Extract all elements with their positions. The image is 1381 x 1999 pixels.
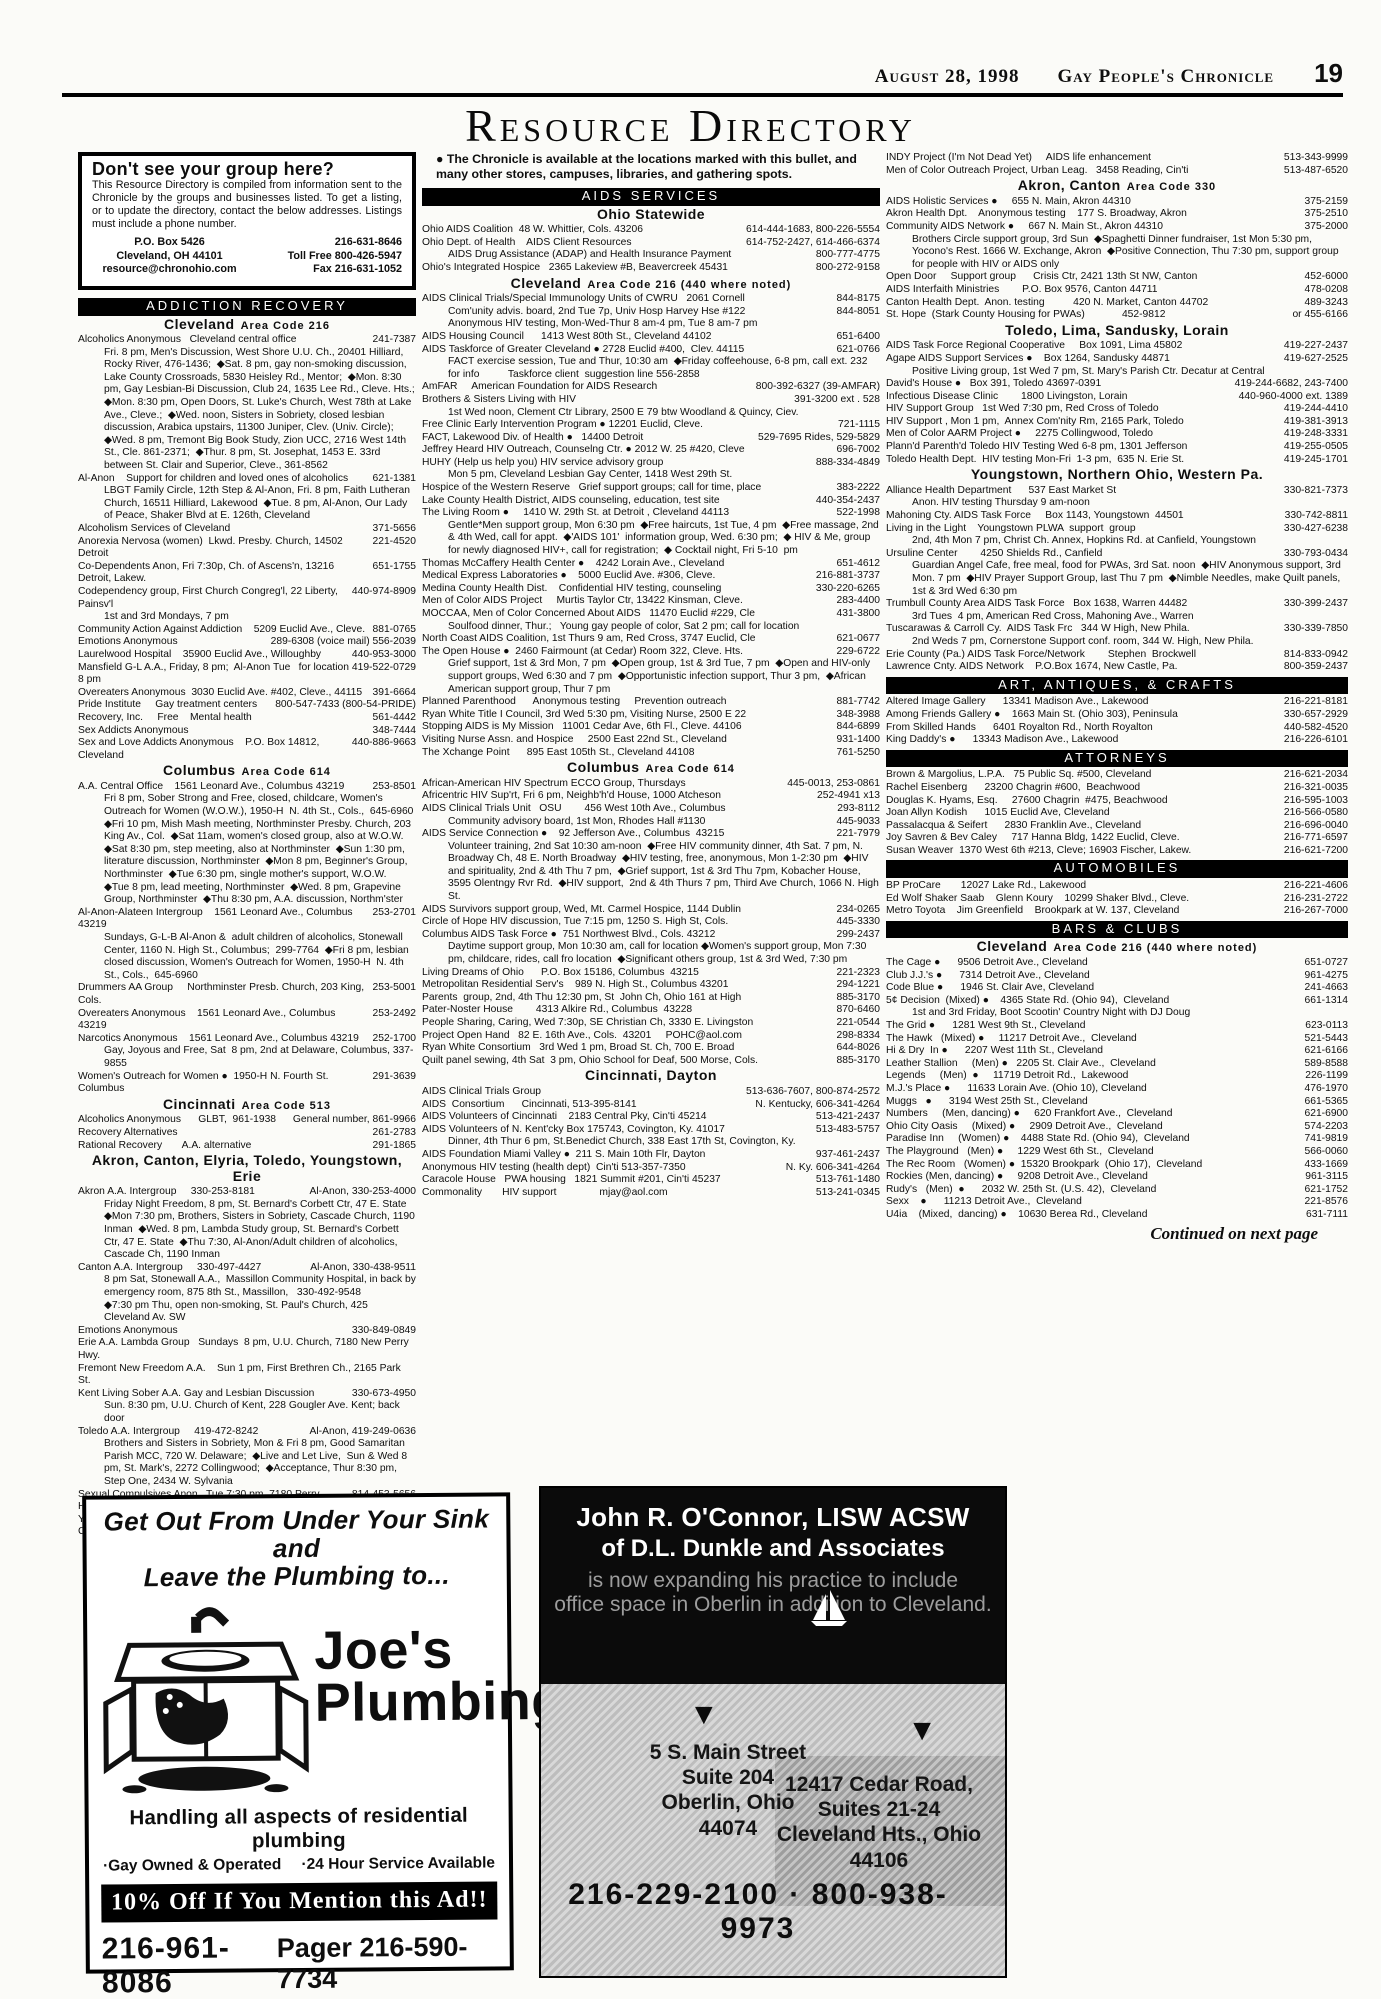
entry-name: Africentric HIV Sup'rt, Fri 6 pm, Neighb… [422,790,721,803]
directory-entry: Passalacqua & Seifert 2830 Franklin Ave.… [886,820,1348,833]
directory-entry: Men of Color AARM Project ● 2275 Colling… [886,428,1348,441]
directory-entry: Tuscarawas & Carroll Cy. AIDS Task Frc 3… [886,623,1348,636]
directory-entry: Community Action Against Addiction 5209 … [78,624,416,637]
entry-phone: 621-6900 [1304,1108,1348,1121]
cleveland-hts-address: 12417 Cedar Road,Suites 21-24Cleveland H… [769,1772,989,1873]
entry-detail: Dinner, 4th Thur 6 pm, St.Benedict Churc… [422,1136,880,1149]
entry-phone: 229-6722 [836,646,880,659]
entry-detail: Mon 5 pm, Cleveland Lesbian Gay Center, … [422,469,880,482]
entry-phone: 522-1998 [836,507,880,520]
directory-entry: AIDS Clinical Trials/Special Immunology … [422,293,880,306]
entry-phone: 513-483-5757 [816,1124,880,1137]
entry-name: M.J.'s Place ● 11633 Lorain Ave. (Ohio 1… [886,1083,1147,1096]
joe-headline-line1: Get Out From Under Your Sink and [98,1504,494,1563]
entry-name: Paradise Inn (Women) ● 4488 State Rd. (O… [886,1133,1190,1146]
entry-name: The Living Room ● 1410 W. 29th St. at De… [422,507,729,520]
entry-phone: 844-8175 [836,293,880,306]
advertisements-row: Get Out From Under Your Sink and Leave t… [84,1486,1345,1986]
contact-phones: 216-631-8646Toll Free 800-426-5947Fax 21… [247,236,402,277]
entry-name: Ohio's Integrated Hospice 2365 Lakeview … [422,262,728,275]
entry-name: Mansfield G-L A.A., Friday, 8 pm; Al-Ano… [78,662,293,687]
entry-detail: Gay, Joyous and Free, Sat 8 pm, 2nd at D… [78,1045,416,1070]
entry-phone: 252-1700 [372,1033,416,1046]
entry-name: The Grid ● 1281 West 9th St., Cleveland [886,1020,1085,1033]
oconnor-body-line1: is now expanding his practice to include [541,1569,1005,1593]
entry-phone: 419-245-1701 [1284,454,1348,467]
directory-entry: Agape AIDS Support Services ● Box 1264, … [886,353,1348,366]
entry-name: Living in the Light Youngstown PLWA supp… [886,523,1136,536]
region-city: Cincinnati [163,1096,236,1112]
directory-entry: AIDS Consortium Cincinnati, 513-395-8141… [422,1099,880,1112]
entry-name: Altered Image Gallery 13341 Madison Ave.… [886,696,1149,709]
directory-entry: Jeffrey Heard HIV Outreach, Counselng Ct… [422,444,880,457]
directory-entry: Quilt panel sewing, 4th Sat 3 pm, Ohio S… [422,1055,880,1068]
header-rule [62,93,1343,97]
directory-entry: Metropolitan Residential Serv's 989 N. H… [422,979,880,992]
entry-phone: 253-2492 [372,1008,416,1021]
entry-phone: Al-Anon, 330-253-4000 [310,1186,416,1199]
entry-name: AIDS Drug Assistance (ADAP) and Health I… [448,249,731,262]
directory-entry: Recovery, Inc. Free Mental health561-444… [78,712,416,725]
region-city: Columbus [567,759,639,775]
entry-phone: 375-2000 [1304,221,1348,234]
entry-name: Hi & Dry In ● 2207 West 11th St., Clevel… [886,1045,1103,1058]
entry-name: Rachel Eisenberg 23200 Chagrin #600, Bea… [886,782,1140,795]
directory-entry: Narcotics Anonymous 1561 Leonard Ave., C… [78,1033,416,1046]
directory-entry: The Playground (Men) ● 1229 West 6th St.… [886,1146,1348,1159]
directory-entry: Lake County Health District, AIDS counse… [422,495,880,508]
entry-name: FACT, Lakewood Div. of Health ● 14400 De… [422,432,643,445]
entry-phone: 621-0677 [836,633,880,646]
directory-entry: The Hawk (Mixed) ● 11217 Detroit Ave., C… [886,1033,1348,1046]
entry-phone: 621-1381 [372,473,416,486]
mailing-address-line: P.O. Box 5426 [92,236,247,250]
entry-detail: Daytime support group, Mon 10:30 am, cal… [422,941,880,966]
entry-name: Among Friends Gallery ● 1663 Main St. (O… [886,709,1178,722]
entry-phone: 621-0766 [836,344,880,357]
entry-name: AIDS Clinical Trials Group [422,1086,541,1099]
entry-phone: 621-6166 [1304,1045,1348,1058]
joe-ad-headline: Get Out From Under Your Sink and Leave t… [98,1504,495,1591]
directory-entry: Ed Wolf Shaker Saab Glenn Koury 10299 Sh… [886,893,1348,906]
directory-entry: Circle of Hope HIV discussion, Tue 7:15 … [422,916,880,929]
entry-phone: 221-8576 [1304,1196,1348,1209]
entry-name: 5¢ Decision (Mixed) ● 4365 State Rd. (Oh… [886,995,1169,1008]
entry-phone: 330-849-0849 [352,1325,416,1338]
continued-note: Continued on next page [886,1222,1348,1241]
entry-phone: 621-1752 [1304,1184,1348,1197]
entry-phone: 234-0265 [836,904,880,917]
directory-entry: Canton Health Dept. Anon. testing 420 N.… [886,297,1348,310]
directory-entry: Sex Addicts Anonymous348-7444 [78,725,416,738]
entry-phone: 419-244-6682, 243-7400 [1235,378,1348,391]
entry-name: Al-Anon-Alateen Intergroup 1561 Leonard … [78,907,366,932]
entry-detail: 1st and 3rd Mondays, 7 pm [78,611,416,624]
entry-detail: Brothers Circle support group, 3rd Sun ◆… [886,234,1348,272]
directory-entry: From Skilled Hands 6401 Royalton Rd., No… [886,722,1348,735]
entry-phone: 631-7111 [1306,1209,1348,1222]
entry-phone: 800-272-9158 [816,262,880,275]
entry-phone: 253-5001 [372,982,416,995]
directory-entry: Emotions Anonymous289-6308 (voice mail) … [78,636,416,649]
region-city: Akron, Canton, Elyria, Toledo, Youngstow… [92,1152,402,1184]
entry-phone: 216-226-6101 [1284,734,1348,747]
directory-entry: Ryan White Consortium 3rd Wed 1 pm, Broa… [422,1042,880,1055]
entry-name: Anonymous HIV testing, Mon-Wed-Thur 8 am… [448,318,757,331]
entry-phone: 291-3639 [372,1071,416,1084]
directory-entry: A.A. Central Office 1561 Leonard Ave., C… [78,781,416,794]
entry-phone: 661-5365 [1304,1096,1348,1109]
entry-phone: 440-960-4000 ext. 1389 [1239,391,1348,404]
entry-detail: Friday Night Freedom, 8 pm, St. Bernard'… [78,1199,416,1262]
entry-phone: 440-354-2437 [816,495,880,508]
directory-entry: North Coast AIDS Coalition, 1st Thurs 9 … [422,633,880,646]
directory-entry: Overeaters Anonymous 3030 Euclid Ave. #4… [78,687,416,700]
entry-phone: 644-8026 [836,1042,880,1055]
directory-entry: MOCCAA, Men of Color Concerned About AID… [422,608,880,621]
entry-name: Women's Outreach for Women ● 1950-H N. F… [78,1071,366,1096]
joes-plumbing-ad: Get Out From Under Your Sink and Leave t… [82,1492,514,1973]
entry-name: The Cage ● 9506 Detroit Ave., Cleveland [886,957,1088,970]
entry-phone: 330-657-2929 [1284,709,1348,722]
entry-name: Codependency group, First Church Congreg… [78,586,346,611]
entry-phone: 226-1199 [1305,1070,1348,1083]
entry-phone: 445-0013, 253-0861 [787,778,880,791]
entry-name: A.A. Central Office 1561 Leonard Ave., C… [78,781,344,794]
entry-name: North Coast AIDS Coalition, 1st Thurs 9 … [422,633,755,646]
region-heading: CincinnatiArea Code 513 [78,1098,416,1114]
oconnor-ad: John R. O'Connor, LISW ACSW of D.L. Dunk… [539,1486,1007,1978]
entry-name: David's House ● Box 391, Toledo 43697-03… [886,378,1101,391]
entry-phone: 216-221-4606 [1284,880,1348,893]
entry-name: BP ProCare 12027 Lake Rd., Lakewood [886,880,1086,893]
directory-entry: AIDS Survivors support group, Wed, Mt. C… [422,904,880,917]
directory-entry: Pride Institute Gay treatment centers800… [78,699,416,712]
directory-entry: Paradise Inn (Women) ● 4488 State Rd. (O… [886,1133,1348,1146]
entry-phone: 574-2203 [1304,1121,1348,1134]
entry-detail: Volunteer training, 2nd Sat 10:30 am-noo… [422,841,880,904]
directory-entry: Mansfield G-L A.A., Friday, 8 pm; Al-Ano… [78,662,416,687]
entry-name: AIDS Holistic Services ● 655 N. Main, Ak… [886,196,1131,209]
entry-name: Mahoning Cty. AIDS Task Force Box 1143, … [886,510,1184,523]
entry-name: King Daddy's ● 13343 Madison Ave., Lakew… [886,734,1118,747]
entry-detail: Grief support, 1st & 3rd Mon, 7 pm ◆Open… [422,658,880,696]
mailing-address-line: resource@chronohio.com [92,263,247,277]
directory-entry: Columbus AIDS Task Force ● 751 Northwest… [422,929,880,942]
joe-phone-number: 216-961-8086 [102,1931,278,1999]
entry-name: Living Dreams of Ohio P.O. Box 15186, Co… [422,967,699,980]
entry-name: Recovery Alternatives [78,1127,178,1140]
entry-phone: 844-8051 [836,306,880,319]
entry-phone: 800-547-7433 (800-54-PRIDE) [275,699,416,712]
entry-phone: 445-9033 [836,816,880,829]
entry-phone: 513-636-7607, 800-874-2572 [746,1086,880,1099]
entry-phone: 221-0544 [836,1017,880,1030]
directory-entry: Project Open Hand 82 E. 16th Ave., Cols.… [422,1030,880,1043]
joe-ad-subline: Handling all aspects of residential plum… [101,1804,497,1855]
entry-name: Emotions Anonymous [78,636,178,649]
entry-name: The Hawk (Mixed) ● 11217 Detroit Ave., C… [886,1033,1137,1046]
entry-phone: 961-3115 [1305,1171,1348,1184]
entry-name: Narcotics Anonymous 1561 Leonard Ave., C… [78,1033,359,1046]
directory-columns: Don't see your group here? This Resource… [78,152,1348,1539]
entry-name: Sex Addicts Anonymous [78,725,188,738]
entry-phone: 375-2159 [1304,196,1348,209]
entry-name: HUHY (Help us help you) HIV service advi… [422,457,663,470]
entry-name: Rockies (Men, dancing) ● 9208 Detroit Av… [886,1171,1148,1184]
page-number: 19 [1314,58,1343,88]
entry-name: Metro Toyota Jim Greenfield Brookpark at… [886,905,1179,918]
joe-brand-line2: Plumbing [315,1675,565,1728]
oberlin-address-line: 5 S. Main Street [603,1740,853,1765]
directory-entry: Co-Dependents Anon, Fri 7:30p, Ch. of As… [78,561,416,586]
entry-name: Circle of Hope HIV discussion, Tue 7:15 … [422,916,728,929]
entry-phone: 261-2783 [372,1127,416,1140]
directory-entry: Pater-Noster House 4313 Alkire Rd., Colu… [422,1004,880,1017]
region-heading: Cincinnati, Dayton [422,1069,880,1085]
joe-ad-phones: 216-961-8086 Pager 216-590-7734 [102,1930,499,1999]
region-city: Columbus [163,762,235,778]
entry-name: Sex and Love Addicts Anonymous P.O. Box … [78,737,346,762]
entry-detail: 1st and 3rd Friday, Boot Scootin' Countr… [886,1007,1348,1020]
entry-name: African-American HIV Spectrum ECCO Group… [422,778,686,791]
directory-entry: Caracole House PWA housing 1821 Summit #… [422,1174,880,1187]
section-bar: AUTOMOBILES [886,860,1348,878]
directory-entry: Leather Stallion (Men) ● 2205 St. Clair … [886,1058,1348,1071]
directory-entry: HIV Support Group 1st Wed 7:30 pm, Red C… [886,403,1348,416]
entry-name: Drummers AA Group Northminster Presb. Ch… [78,982,366,1007]
entry-phone: 375-2510 [1304,208,1348,221]
entry-name: AIDS Consortium Cincinnati, 513-395-8141 [422,1099,637,1112]
directory-entry: Community AIDS Network ● 667 N. Main St.… [886,221,1348,234]
cleveland-hts-address-line: Cleveland Hts., Ohio [769,1822,989,1847]
region-city: Cleveland [511,275,582,291]
entry-name: Quilt panel sewing, 4th Sat 3 pm, Ohio S… [422,1055,758,1068]
entry-name: Ryan White Title I Council, 3rd Wed 5:30… [422,709,746,722]
arrow-down-icon: ▼ [689,1700,719,1730]
directory-entry: Alcoholics Anonymous Cleveland central o… [78,334,416,347]
directory-entry: Com'unity advis. board, 2nd Tue 7p, Univ… [422,306,880,319]
entry-phone: 216-595-1003 [1284,795,1348,808]
entry-name: MOCCAA, Men of Color Concerned About AID… [422,608,755,621]
entry-name: Ohio Dept. of Health AIDS Client Resourc… [422,237,631,250]
entry-phone: N. Kentucky, 606-341-4264 [755,1099,880,1112]
entry-phone: 931-1400 [836,734,880,747]
directory-entry: Ryan White Title I Council, 3rd Wed 5:30… [422,709,880,722]
entry-name: Anorexia Nervosa (women) Lkwd. Presby. C… [78,536,366,561]
directory-entry: BP ProCare 12027 Lake Rd., Lakewood216-2… [886,880,1348,893]
directory-entry: Metro Toyota Jim Greenfield Brookpark at… [886,905,1348,918]
directory-entry: Canton A.A. Intergroup 330-497-4427Al-An… [78,1262,416,1275]
entry-name: Passalacqua & Seifert 2830 Franklin Ave.… [886,820,1141,833]
entry-phone: 419-227-2437 [1284,340,1348,353]
directory-entry: Altered Image Gallery 13341 Madison Ave.… [886,696,1348,709]
region-city: Ohio Statewide [597,206,705,222]
entry-phone: 440-953-3000 [352,649,416,662]
directory-entry: Free Clinic Early Intervention Program ●… [422,419,880,432]
oconnor-phone-numbers: 216-229-2100 · 800-938-9973 [541,1878,975,1946]
directory-entry: The Living Room ● 1410 W. 29th St. at De… [422,507,880,520]
entry-phone: 221-2323 [836,967,880,980]
entry-phone: 513-487-6520 [1284,165,1348,178]
entry-name: Alcoholism Services of Cleveland [78,523,230,536]
directory-entry: The Xchange Point 895 East 105th St., Cl… [422,747,880,760]
masthead: August 28, 1998 Gay People's Chronicle 1… [62,58,1343,89]
entry-name: Douglas K. Hyams, Esq. 27600 Chagrin #47… [886,795,1168,808]
section-bar: ADDICTION RECOVERY [78,298,416,316]
entry-phone: 741-9819 [1304,1133,1348,1146]
entry-phone: 348-3988 [836,709,880,722]
directory-entry: Al-Anon Support for children and loved o… [78,473,416,486]
directory-entry: Open Door Support group Crisis Ctr, 2421… [886,271,1348,284]
directory-entry: Club J.J.'s ● 7314 Detroit Ave., Clevela… [886,970,1348,983]
directory-entry: Rachel Eisenberg 23200 Chagrin #600, Bea… [886,782,1348,795]
directory-entry: AIDS Holistic Services ● 655 N. Main, Ak… [886,196,1348,209]
entry-phone: 253-8501 [372,781,416,794]
contact-phones-line: Toll Free 800-426-5947 [247,250,402,264]
entry-detail: ◆7:30 pm Thu, open non-smoking, St. Paul… [78,1300,416,1325]
entry-phone: 561-4442 [372,712,416,725]
directory-entry: Parents group, 2nd, 4th Thu 12:30 pm, St… [422,992,880,1005]
directory-entry: Visiting Nurse Assn. and Hospice 2500 Ea… [422,734,880,747]
directory-entry: Thomas McCaffery Health Center ● 4242 Lo… [422,558,880,571]
entry-phone: Al-Anon, 330-438-9511 [310,1262,416,1275]
directory-entry: AIDS Volunteers of N. Kent'cky Box 17574… [422,1124,880,1137]
oconnor-firm: of D.L. Dunkle and Associates [541,1535,1005,1563]
entry-phone: 661-1314 [1304,995,1348,1008]
directory-entry: David's House ● Box 391, Toledo 43697-03… [886,378,1348,391]
entry-phone: 419-627-2525 [1284,353,1348,366]
joe-feature-owned: ·Gay Owned & Operated [103,1856,281,1875]
entry-name: Lake County Health District, AIDS counse… [422,495,720,508]
entry-phone: 216-771-6597 [1284,832,1348,845]
cleveland-hts-address-line: 44106 [769,1848,989,1873]
entry-name: Erie County (Pa.) AIDS Task Force/Networ… [886,649,1196,662]
entry-name: Men of Color AARM Project ● 2275 Colling… [886,428,1153,441]
entry-name: Ursuline Center 4250 Shields Rd., Canfie… [886,548,1102,561]
entry-name: Legends (Men) ● 11719 Detroit Rd., Lakew… [886,1070,1128,1083]
region-city: Cincinnati, Dayton [585,1067,717,1083]
info-box-body: This Resource Directory is compiled from… [92,179,402,232]
directory-entry: Ursuline Center 4250 Shields Rd., Canfie… [886,548,1348,561]
entry-phone: 651-0727 [1304,957,1348,970]
entry-name: AIDS Foundation Miami Valley ● 211 S. Ma… [422,1149,705,1162]
directory-entry: Plann'd Parenth'd Toledo HIV Testing Wed… [886,441,1348,454]
directory-entry: Alcoholism Services of Cleveland371-5656 [78,523,416,536]
entry-detail: Sun. 8:30 pm, U.U. Church of Kent, 228 G… [78,1400,416,1425]
oconnor-name: John R. O'Connor, LISW ACSW [541,1502,1005,1533]
directory-entry: AIDS Taskforce of Greater Cleveland ● 27… [422,344,880,357]
entry-detail: 2nd, 4th Mon 7 pm, Christ Ch. Annex, Hop… [886,535,1348,548]
directory-entry: Alcoholics Anonymous GLBT, 961-1938Gener… [78,1114,416,1127]
directory-entry: Africentric HIV Sup'rt, Fri 6 pm, Neighb… [422,790,880,803]
directory-entry: Men of Color Outreach Project, Urban Lea… [886,165,1348,178]
entry-name: Kent Living Sober A.A. Gay and Lesbian D… [78,1388,314,1401]
entry-phone: 330-742-8811 [1285,510,1348,523]
cleveland-hts-address-line: Suites 21-24 [769,1797,989,1822]
entry-name: Men of Color Outreach Project, Urban Lea… [886,165,1188,178]
directory-entry: M.J.'s Place ● 11633 Lorain Ave. (Ohio 1… [886,1083,1348,1096]
directory-entry: Ohio City Oasis (Mixed) ● 2909 Detroit A… [886,1121,1348,1134]
entry-name: Co-Dependents Anon, Fri 7:30p, Ch. of As… [78,561,366,586]
entry-name: Toledo Health Dept. HIV testing Mon-Fri … [886,454,1184,467]
entry-phone: 800-392-6327 (39-AMFAR) [756,381,880,394]
entry-name: AIDS Clinical Trials Unit OSU 456 West 1… [422,803,726,816]
directory-entry: AmFAR American Foundation for AIDS Resea… [422,381,880,394]
region-heading: Ohio Statewide [422,208,880,224]
entry-phone: 433-1669 [1304,1159,1348,1172]
entry-name: Jeffrey Heard HIV Outreach, Counselng Ct… [422,444,745,457]
entry-detail: 8 pm Sat, Stonewall A.A., Massillon Comm… [78,1274,416,1299]
entry-name: Canton Health Dept. Anon. testing 420 N.… [886,297,1208,310]
directory-entry: Overeaters Anonymous 1561 Leonard Ave., … [78,1008,416,1033]
arrow-down-icon: ▼ [907,1716,937,1746]
directory-entry: Drummers AA Group Northminster Presb. Ch… [78,982,416,1007]
directory-entry: Commonality HIV support mjay@aol.com513-… [422,1187,880,1200]
entry-name: AIDS Task Force Regional Cooperative Box… [886,340,1182,353]
entry-phone: 476-1970 [1304,1083,1348,1096]
entry-phone: 696-7002 [836,444,880,457]
directory-entry: Brothers & Sisters Living with HIV391-32… [422,394,880,407]
entry-detail: FACT exercise session, Tue and Thur, 10:… [422,356,880,381]
region-heading: ColumbusArea Code 614 [422,761,880,777]
entry-detail: LBGT Family Circle, 12th Step & Al-Anon,… [78,485,416,523]
entry-name: St. Hope (Stark County Housing for PWAs)… [886,309,1165,322]
entry-phone: 513-421-2437 [816,1111,880,1124]
directory-entry: Trumbull County Area AIDS Task Force Box… [886,598,1348,611]
entry-name: Commonality HIV support mjay@aol.com [422,1187,668,1200]
directory-entry: Infectious Disease Clinic 1800 Livingsto… [886,391,1348,404]
entry-name: AIDS Service Connection ● 92 Jefferson A… [422,828,724,841]
submit-listing-box: Don't see your group here? This Resource… [78,152,416,290]
entry-name: Emotions Anonymous [78,1325,178,1338]
joe-headline-line2: Leave the Plumbing to... [99,1561,495,1592]
joe-discount-banner: 10% Off If You Mention this Ad!! [101,1882,497,1923]
sink-illustration [99,1592,316,1807]
entry-name: Overeaters Anonymous 1561 Leonard Ave., … [78,1008,366,1033]
entry-phone: 330-673-4950 [352,1388,416,1401]
contact-phones-line: Fax 216-631-1052 [247,263,402,277]
entry-detail: Fri 8 pm, Sober Strong and Free, closed,… [78,793,416,906]
contact-phones-line: 216-631-8646 [247,236,402,250]
entry-name: From Skilled Hands 6401 Royalton Rd., No… [886,722,1153,735]
entry-name: Leather Stallion (Men) ● 2205 St. Clair … [886,1058,1156,1071]
entry-phone: 291-1865 [372,1140,416,1153]
entry-name: Numbers (Men, dancing) ● 620 Frankfort A… [886,1108,1172,1121]
directory-entry: Akron A.A. Intergroup 330-253-8181Al-Ano… [78,1186,416,1199]
entry-name: Planned Parenthood Anonymous testing Pre… [422,696,727,709]
directory-entry: HUHY (Help us help you) HIV service advi… [422,457,880,470]
column-left: Don't see your group here? This Resource… [78,152,416,1539]
directory-entry: Toledo Health Dept. HIV testing Mon-Fri … [886,454,1348,467]
region-heading: Akron, CantonArea Code 330 [886,179,1348,195]
entry-phone: 881-7742 [836,696,880,709]
entry-detail: Fri. 8 pm, Men's Discussion, West Shore … [78,347,416,473]
entry-name: Alliance Health Department 537 East Mark… [886,485,1116,498]
directory-entry: Among Friends Gallery ● 1663 Main St. (O… [886,709,1348,722]
entry-phone: 651-4612 [836,558,880,571]
paper-name: Gay People's Chronicle [1058,66,1275,87]
entry-name: Open Door Support group Crisis Ctr, 2421… [886,271,1197,284]
directory-entry: Ohio AIDS Coalition 48 W. Whittier, Cols… [422,224,880,237]
entry-phone: 870-6460 [836,1004,880,1017]
directory-entry: Hi & Dry In ● 2207 West 11th St., Clevel… [886,1045,1348,1058]
entry-name: Tuscarawas & Carroll Cy. AIDS Task Frc 3… [886,623,1190,636]
entry-name: Community Action Against Addiction 5209 … [78,624,365,637]
entry-name: Rational Recovery A.A. alternative [78,1140,251,1153]
directory-entry: Rational Recovery A.A. alternative291-18… [78,1140,416,1153]
directory-entry: Emotions Anonymous330-849-0849 [78,1325,416,1338]
